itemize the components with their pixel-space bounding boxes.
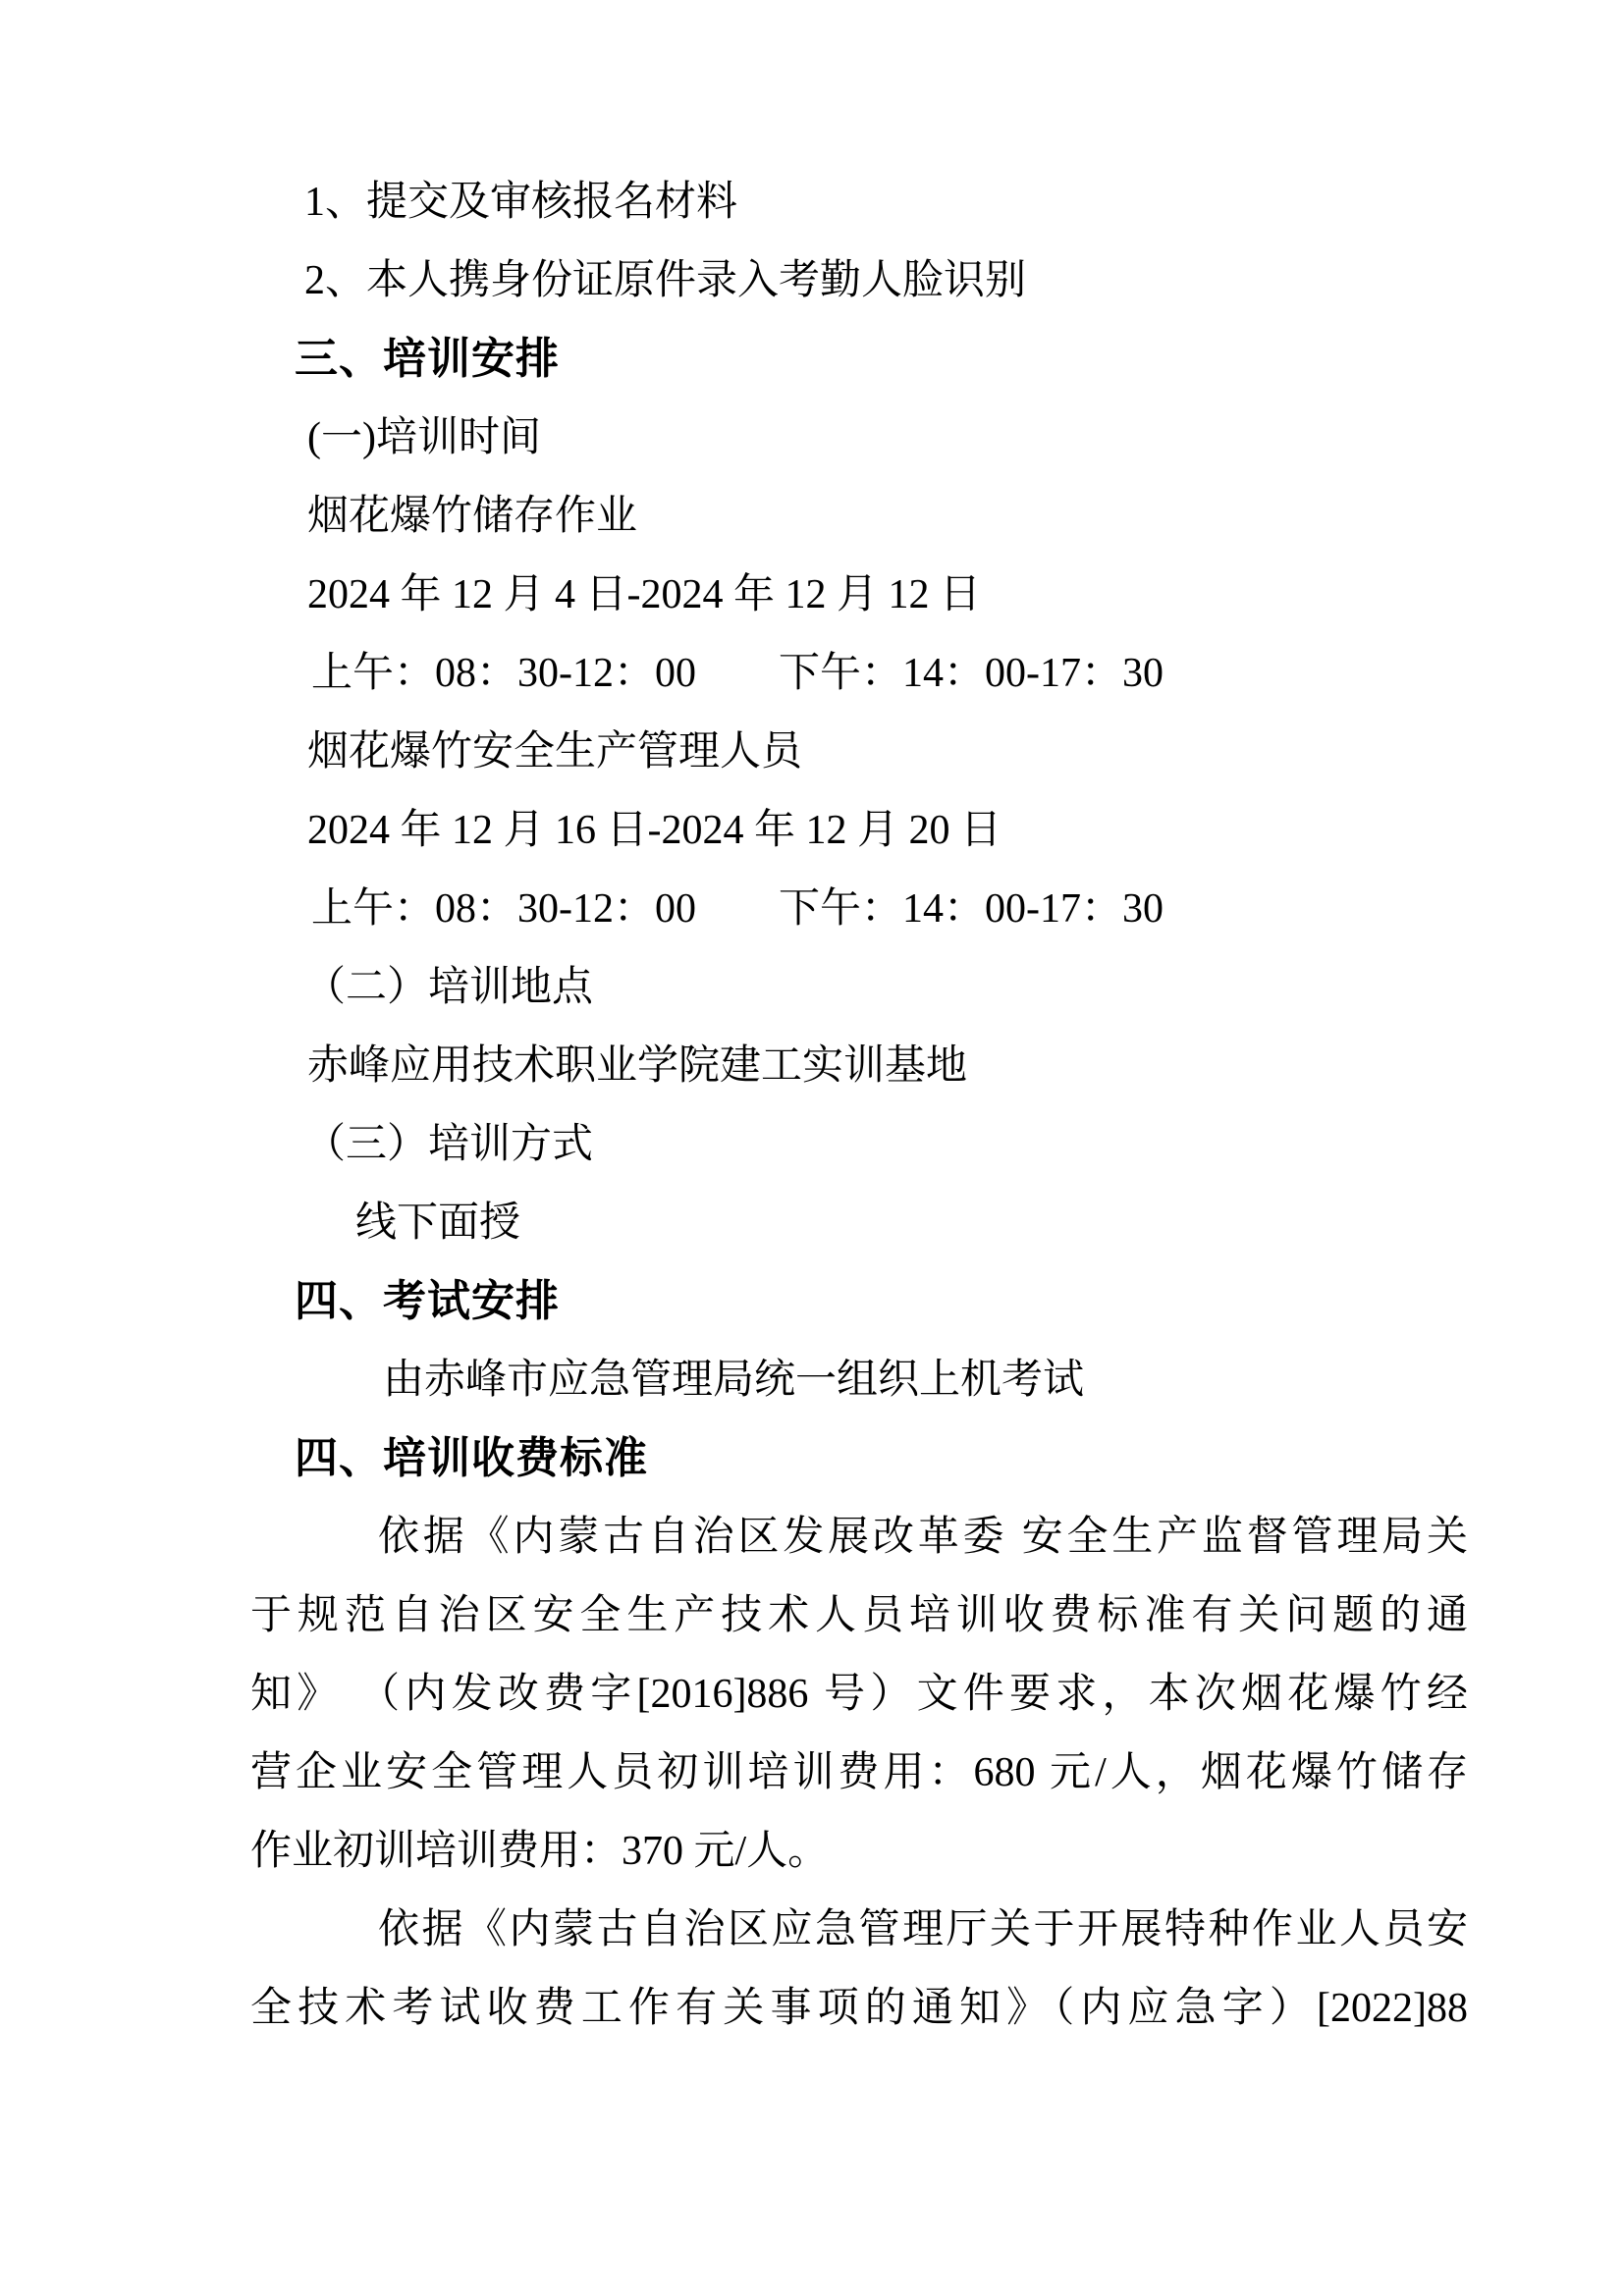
section-heading-training: 三、培训安排 <box>250 320 1468 399</box>
fee-para1-line1: 依据《内蒙古自治区发展改革委 安全生产监督管理局关 <box>250 1498 1468 1576</box>
fee-para1-line3: 知》 （内发改费字[2016]886 号）文件要求，本次烟花爆竹经 <box>250 1655 1468 1734</box>
course2-times: 上午：08：30-12：00 下午：14：00-17：30 <box>250 870 1468 948</box>
subheading-training-time: (一)培训时间 <box>250 399 1468 477</box>
enroll-step-2: 2、本人携身份证原件录入考勤人脸识别 <box>250 241 1468 320</box>
enroll-step-1: 1、提交及审核报名材料 <box>250 163 1468 241</box>
subheading-training-place: （二）培训地点 <box>250 948 1468 1027</box>
section-heading-fee: 四、培训收费标准 <box>250 1419 1468 1498</box>
fee-para2-line2: 全技术考试收费工作有关事项的通知》（内应急字）[2022]88 <box>250 1969 1468 2048</box>
course1-name: 烟花爆竹储存作业 <box>250 477 1468 556</box>
fee-para1-line2: 于规范自治区安全生产技术人员培训收费标准有关问题的通 <box>250 1576 1468 1655</box>
training-method: 线下面授 <box>250 1184 1468 1262</box>
course1-dates: 2024 年 12 月 4 日-2024 年 12 月 12 日 <box>250 556 1468 634</box>
course1-times: 上午：08：30-12：00 下午：14：00-17：30 <box>250 634 1468 713</box>
course2-dates: 2024 年 12 月 16 日-2024 年 12 月 20 日 <box>250 791 1468 870</box>
document-page: 1、提交及审核报名材料 2、本人携身份证原件录入考勤人脸识别 三、培训安排 (一… <box>0 0 1624 2296</box>
document-body: 1、提交及审核报名材料 2、本人携身份证原件录入考勤人脸识别 三、培训安排 (一… <box>250 163 1468 2048</box>
course2-name: 烟花爆竹安全生产管理人员 <box>250 713 1468 791</box>
training-place: 赤峰应用技术职业学院建工实训基地 <box>250 1027 1468 1105</box>
exam-body: 由赤峰市应急管理局统一组织上机考试 <box>250 1341 1468 1419</box>
fee-para1-line4: 营企业安全管理人员初训培训费用：680 元/人，烟花爆竹储存 <box>250 1734 1468 1812</box>
fee-para2-line1: 依据《内蒙古自治区应急管理厅关于开展特种作业人员安 <box>250 1891 1468 1969</box>
section-heading-exam: 四、考试安排 <box>250 1262 1468 1341</box>
fee-para1-line5: 作业初训培训费用：370 元/人。 <box>250 1812 1468 1891</box>
subheading-training-method: （三）培训方式 <box>250 1105 1468 1184</box>
